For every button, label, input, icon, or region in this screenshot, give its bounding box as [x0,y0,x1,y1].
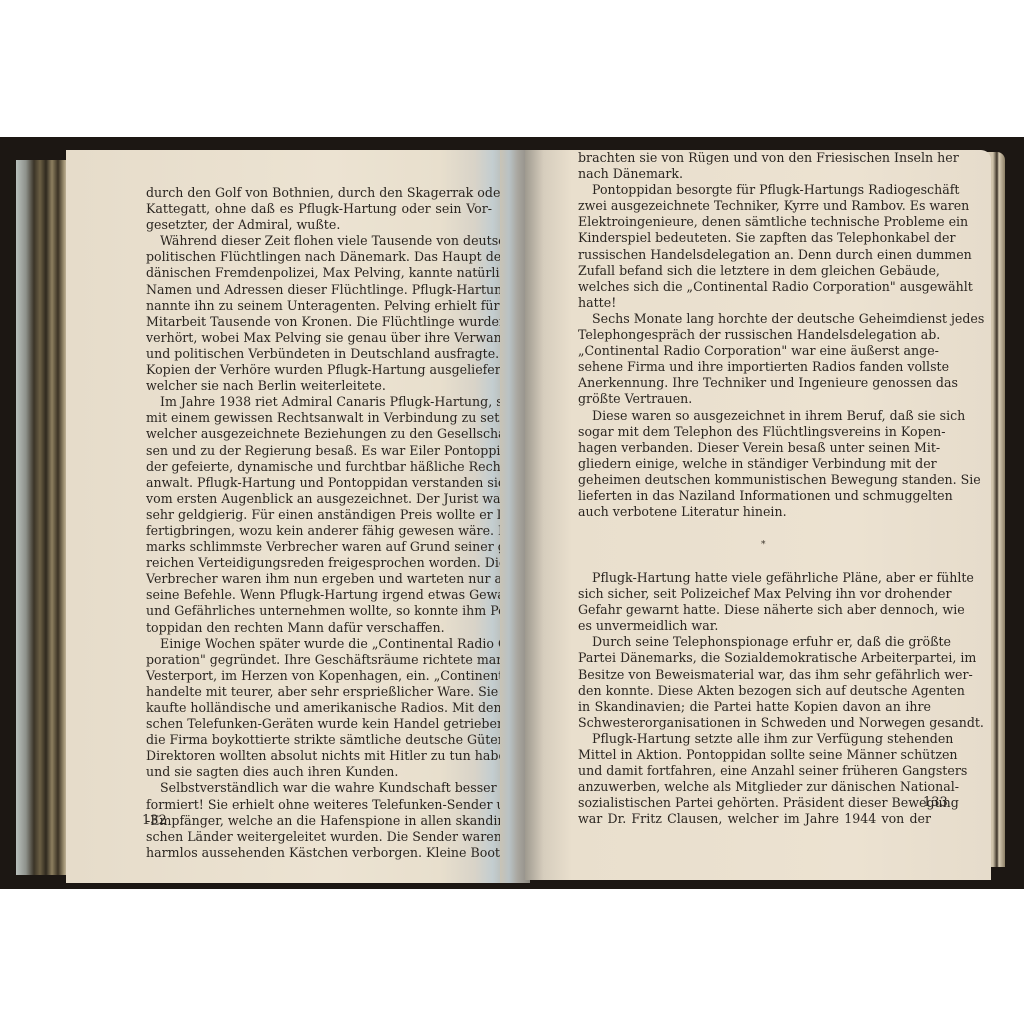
right-page-text: brachten sie von Rügen und von den Fries… [578,150,931,520]
left-page-stack-edge [16,160,68,875]
text-line: Direktoren wollten absolut nichts mit Hi… [146,748,492,764]
text-line: brachten sie von Rügen und von den Fries… [578,150,931,166]
right-page: brachten sie von Rügen und von den Fries… [525,150,991,880]
text-line: Gefahr gewarnt hatte. Diese näherte sich… [578,602,931,618]
text-line: sich sicher, seit Polizeichef Max Pelvin… [578,586,931,602]
text-line: verhört, wobei Max Pelving sie genau übe… [146,330,492,346]
text-line: kaufte holländische und amerikanische Ra… [146,700,492,716]
text-line: sogar mit dem Telephon des Flüchtlingsve… [578,424,931,440]
text-line: hatte! [578,295,931,311]
text-line: vom ersten Augenblick an ausgezeichnet. … [146,491,492,507]
text-line: Mittel in Aktion. Pontoppidan sollte sei… [578,747,931,763]
text-line: Namen und Adressen dieser Flüchtlinge. P… [146,282,492,298]
text-line: sehene Firma und ihre importierten Radio… [578,359,931,375]
text-line: politischen Flüchtlingen nach Dänemark. … [146,249,492,265]
text-line: es unvermeidlich war. [578,618,931,634]
text-line: war Dr. Fritz Clausen, welcher im Jahre … [578,811,931,827]
text-line: und politischen Verbündeten in Deutschla… [146,346,492,362]
text-line: sozialistischen Partei gehörten. Präside… [578,795,931,811]
section-separator-asterisk: * [761,540,766,550]
text-line: fertigbringen, wozu kein anderer fähig g… [146,523,492,539]
text-line: Anerkennung. Ihre Techniker und Ingenieu… [578,375,931,391]
text-line: Kopien der Verhöre wurden Pflugk-Hartung… [146,362,492,378]
text-line: Zufall befand sich die letztere in dem g… [578,263,931,279]
text-line: welches sich die „Continental Radio Corp… [578,279,931,295]
text-line: formiert! Sie erhielt ohne weiteres Tele… [146,797,492,813]
text-line: und sie sagten dies auch ihren Kunden. [146,764,492,780]
text-line: Partei Dänemarks, die Sozialdemokratisch… [578,650,931,666]
text-line: Sechs Monate lang horchte der deutsche G… [578,311,931,327]
text-line: gliedern einige, welche in ständiger Ver… [578,456,931,472]
text-line: anzuwerben, welche als Mitglieder zur dä… [578,779,931,795]
text-line: harmlos aussehenden Kästchen verborgen. … [146,845,492,861]
text-line: seine Befehle. Wenn Pflugk-Hartung irgen… [146,587,492,603]
text-line: Mitarbeit Tausende von Kronen. Die Flüch… [146,314,492,330]
text-line: durch den Golf von Bothnien, durch den S… [146,185,492,201]
text-line: sehr geldgierig. Für einen anständigen P… [146,507,492,523]
text-line: hagen verbanden. Dieser Verein besaß unt… [578,440,931,456]
text-line: Während dieser Zeit flohen viele Tausend… [146,233,492,249]
text-line: Pflugk-Hartung setzte alle ihm zur Verfü… [578,731,931,747]
text-line: die Firma boykottierte strikte sämtliche… [146,732,492,748]
right-page-text-continued: Pflugk-Hartung hatte viele gefährliche P… [578,570,931,828]
text-line: Durch seine Telephonspionage erfuhr er, … [578,634,931,650]
page-number-left: 132 [142,813,167,828]
text-line: -Empfänger, welche an die Hafenspione in… [146,813,492,829]
text-line: „Continental Radio Corporation" war eine… [578,343,931,359]
text-line: Verbrecher waren ihm nun ergeben und war… [146,571,492,587]
text-line: sen und zu der Regierung besaß. Es war E… [146,443,492,459]
text-line: mit einem gewissen Rechtsanwalt in Verbi… [146,410,492,426]
text-line: reichen Verteidigungsreden freigesproche… [146,555,492,571]
text-line: dänischen Fremdenpolizei, Max Pelving, k… [146,265,492,281]
text-line: lieferten in das Naziland Informationen … [578,488,931,504]
text-line: zwei ausgezeichnete Techniker, Kyrre und… [578,198,931,214]
text-line: Kinderspiel bedeuteten. Sie zapften das … [578,230,931,246]
left-page: durch den Golf von Bothnien, durch den S… [66,150,506,883]
text-line: nannte ihn zu seinem Unteragenten. Pelvi… [146,298,492,314]
text-line: den konnte. Diese Akten bezogen sich auf… [578,683,931,699]
text-line: Selbstverständlich war die wahre Kundsch… [146,780,492,796]
text-line: welcher ausgezeichnete Beziehungen zu de… [146,426,492,442]
text-line: Pflugk-Hartung hatte viele gefährliche P… [578,570,931,586]
page-number-right: 133 [923,795,948,810]
text-line: der gefeierte, dynamische und furchtbar … [146,459,492,475]
text-line: anwalt. Pflugk-Hartung und Pontoppidan v… [146,475,492,491]
text-line: poration" gegründet. Ihre Geschäftsräume… [146,652,492,668]
text-line: schen Telefunken-Geräten wurde kein Hand… [146,716,492,732]
text-line: schen Länder weitergeleitet wurden. Die … [146,829,492,845]
text-line: Besitze von Beweismaterial war, das ihm … [578,667,931,683]
text-line: und damit fortfahren, eine Anzahl seiner… [578,763,931,779]
text-line: größte Vertrauen. [578,391,931,407]
text-line: und Gefährliches unternehmen wollte, so … [146,603,492,619]
text-line: nach Dänemark. [578,166,931,182]
text-line: Im Jahre 1938 riet Admiral Canaris Pflug… [146,394,492,410]
text-line: marks schlimmste Verbrecher waren auf Gr… [146,539,492,555]
text-line: toppidan den rechten Mann dafür verschaf… [146,620,492,636]
text-line: gesetzter, der Admiral, wußte. [146,217,492,233]
text-line: Schwesterorganisationen in Schweden und … [578,715,931,731]
text-line: handelte mit teurer, aber sehr ersprießl… [146,684,492,700]
text-line: Vesterport, im Herzen von Kopenhagen, ei… [146,668,492,684]
text-line: russischen Handelsdelegation an. Denn du… [578,247,931,263]
text-line: auch verbotene Literatur hinein. [578,504,931,520]
text-line: Einige Wochen später wurde die „Continen… [146,636,492,652]
text-line: Telephongespräch der russischen Handelsd… [578,327,931,343]
left-page-text: durch den Golf von Bothnien, durch den S… [146,185,492,861]
text-line: welcher sie nach Berlin weiterleitete. [146,378,492,394]
text-line: Elektroingenieure, denen sämtliche techn… [578,214,931,230]
text-line: Pontoppidan besorgte für Pflugk-Hartungs… [578,182,931,198]
text-line: Kattegatt, ohne daß es Pflugk-Hartung od… [146,201,492,217]
text-line: in Skandinavien; die Partei hatte Kopien… [578,699,931,715]
text-line: Diese waren so ausgezeichnet in ihrem Be… [578,408,931,424]
text-line: geheimen deutschen kommunistischen Beweg… [578,472,931,488]
